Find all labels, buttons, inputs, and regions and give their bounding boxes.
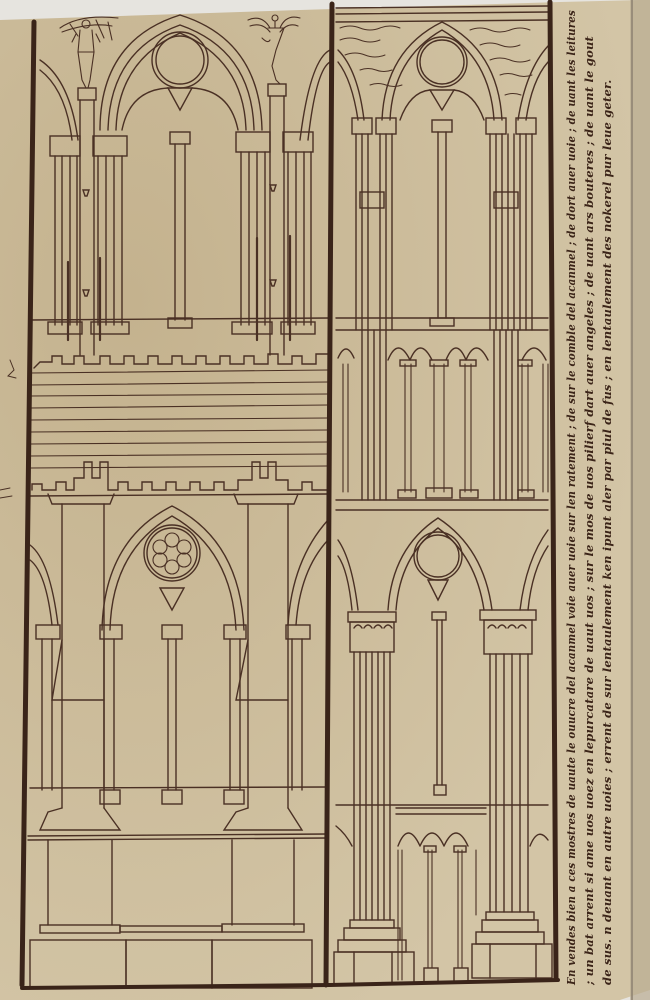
margin-text-line-2: ; un bat arrent si ame uos uoez en lepur… — [582, 36, 596, 985]
margin-text-line-3: de sus. n deuant en autre uoies ; errent… — [600, 80, 614, 985]
margin-text-line-1: En vendes bien a ces mostres de uaute le… — [564, 10, 578, 985]
elevation-drawing — [0, 0, 650, 1000]
margin-text-block: En vendes bien a ces mostres de uaute le… — [560, 0, 650, 1000]
manuscript-page: En vendes bien a ces mostres de uaute le… — [0, 0, 650, 1000]
